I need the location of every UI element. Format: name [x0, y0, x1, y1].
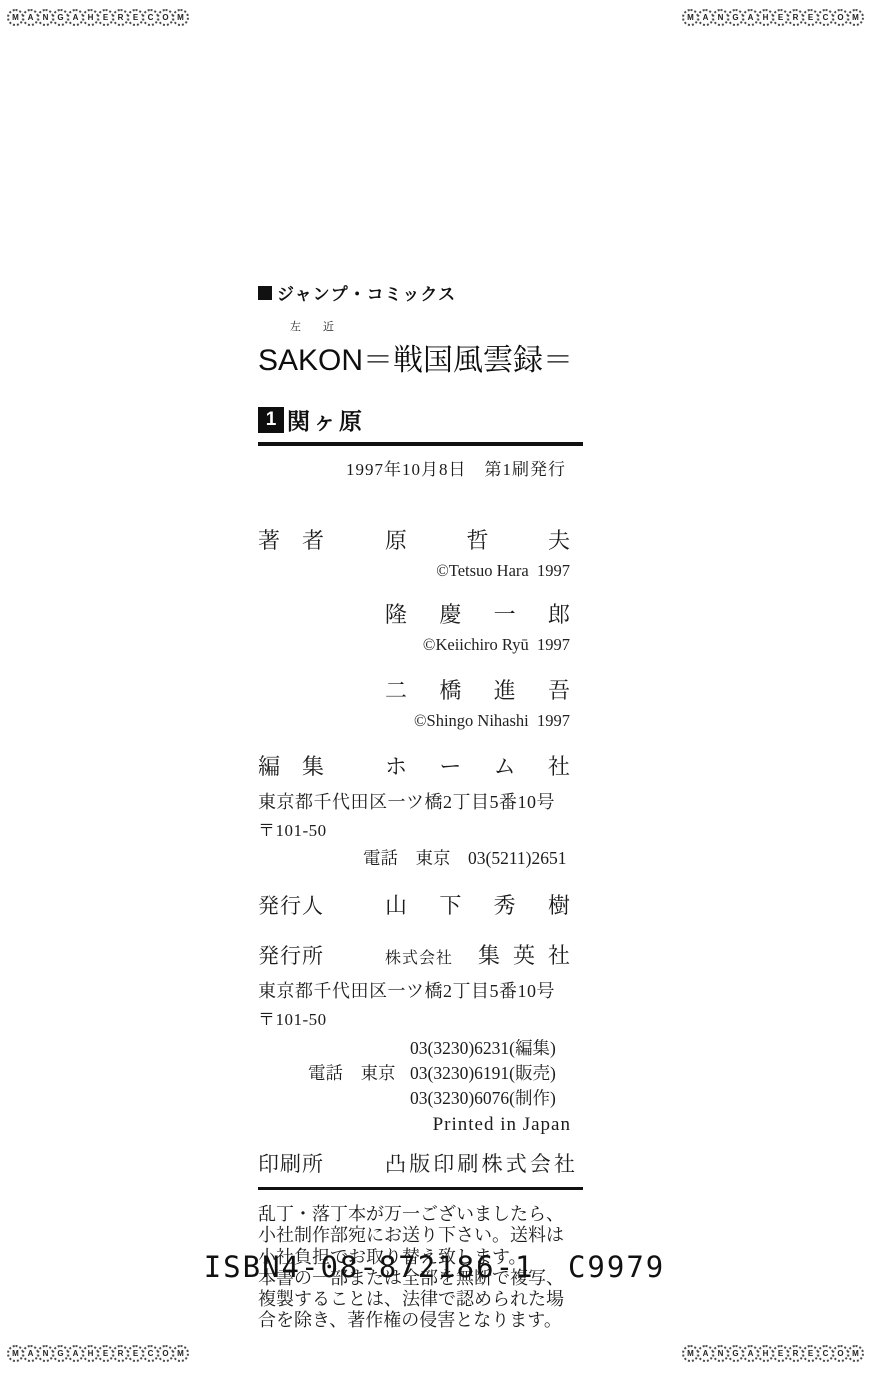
watermark-letter: M — [847, 9, 864, 26]
printer-row: 印刷所 凸版印刷株式会社 — [258, 1148, 583, 1178]
author-row: 隆慶一郎 — [258, 598, 583, 629]
publisher-phone-block: 03(3230)6231(編集) 電話 東京 03(3230)6191(販売) … — [258, 1036, 583, 1111]
phone-number: 03(3230)6231(編集) — [410, 1036, 556, 1061]
notice-line: 小社制作部宛にお送り下さい。送料は — [258, 1225, 583, 1246]
phone-number: 03(3230)6076(制作) — [410, 1086, 556, 1111]
author-name: 二橋進吾 — [385, 674, 570, 705]
publisher-prefix: 株式会社 — [385, 945, 453, 968]
editor-postal-code: 〒101-50 — [258, 816, 583, 841]
volume-number-badge: 1 — [258, 407, 284, 433]
author-copyright: ©Tetsuo Hara 1997 — [385, 561, 570, 581]
author-name: 原哲夫 — [385, 524, 570, 555]
publisher-person-row: 発行人 山下秀樹 — [258, 889, 583, 920]
watermark-top-left: MANGAHERECOM — [7, 9, 187, 26]
author-copyright-row: ©Tetsuo Hara 1997 — [258, 561, 583, 581]
phone-label: 電話 東京 — [258, 1061, 410, 1086]
watermark-bottom-left: MANGAHERECOM — [7, 1345, 187, 1362]
title-furigana: 左近 — [290, 318, 334, 334]
printer-name: 凸版印刷株式会社 — [385, 1148, 575, 1178]
author-copyright-row: ©Keiichiro Ryū 1997 — [258, 635, 583, 655]
editor-address: 東京都千代田区一ツ橋2丁目5番10号 — [258, 788, 583, 814]
black-square-icon — [258, 286, 272, 300]
volume-title: 関ヶ原 — [287, 403, 365, 436]
editor-name: ホーム社 — [385, 750, 570, 781]
publisher-name: 集英社 — [478, 939, 570, 970]
publisher-label: 発行所 — [258, 940, 385, 970]
watermark-letter: M — [172, 9, 189, 26]
editor-phone-line: 電話 東京 03(5211)2651 — [258, 845, 583, 870]
editor-label: 編集 — [258, 750, 324, 781]
author-copyright: ©Keiichiro Ryū 1997 — [385, 635, 570, 655]
divider-rule-top — [258, 442, 583, 446]
editor-row: 編集 ホーム社 — [258, 750, 583, 781]
notice-line: 乱丁・落丁本が万一ございましたら、 — [258, 1204, 583, 1225]
phone-line: 03(3230)6076(制作) — [258, 1086, 583, 1111]
volume-row: 1 関ヶ原 — [258, 403, 583, 436]
publisher-address: 東京都千代田区一ツ橋2丁目5番10号 — [258, 977, 583, 1003]
watermark-letter: M — [172, 1345, 189, 1362]
author-row: 著者 原哲夫 — [258, 524, 583, 555]
phone-number: 03(3230)6191(販売) — [410, 1061, 556, 1086]
watermark-top-right: MANGAHERECOM — [682, 9, 862, 26]
author-name: 隆慶一郎 — [385, 598, 570, 629]
publisher-postal-code: 〒101-50 — [258, 1005, 583, 1030]
colophon-column: ジャンプ・コミックス 左近 SAKON＝戦国風雲録＝ 1 関ヶ原 1997年10… — [258, 280, 583, 1332]
author-copyright: ©Shingo Nihashi 1997 — [385, 711, 570, 731]
notice-line: 合を除き、著作権の侵害となります。 — [258, 1310, 583, 1331]
publisher-person-label: 発行人 — [258, 890, 385, 920]
book-title: SAKON＝戦国風雲録＝ — [258, 335, 583, 379]
notice-line: 複製することは、法律で認められた場 — [258, 1289, 583, 1310]
series-row: ジャンプ・コミックス — [258, 280, 583, 305]
colophon-page: MANGAHERECOM MANGAHERECOM MANGAHERECOM M… — [0, 0, 869, 1373]
publisher-row: 発行所 株式会社 集英社 — [258, 939, 583, 970]
author-label: 著者 — [258, 524, 324, 555]
author-row: 二橋進吾 — [258, 674, 583, 705]
printed-in-japan: Printed in Japan — [258, 1114, 571, 1136]
watermark-bottom-right: MANGAHERECOM — [682, 1345, 862, 1362]
author-copyright-row: ©Shingo Nihashi 1997 — [258, 711, 583, 731]
print-date: 1997年10月8日 第1刷発行 — [258, 455, 583, 480]
printer-label: 印刷所 — [258, 1148, 385, 1178]
phone-line: 電話 東京 03(3230)6191(販売) — [258, 1061, 583, 1086]
isbn-text: ISBN4-08-872186-1 C9979 — [0, 1250, 869, 1284]
phone-line: 03(3230)6231(編集) — [258, 1036, 583, 1061]
publisher-person-name: 山下秀樹 — [385, 889, 570, 920]
watermark-letter: M — [847, 1345, 864, 1362]
divider-rule-bottom — [258, 1187, 583, 1190]
series-label: ジャンプ・コミックス — [277, 280, 456, 305]
